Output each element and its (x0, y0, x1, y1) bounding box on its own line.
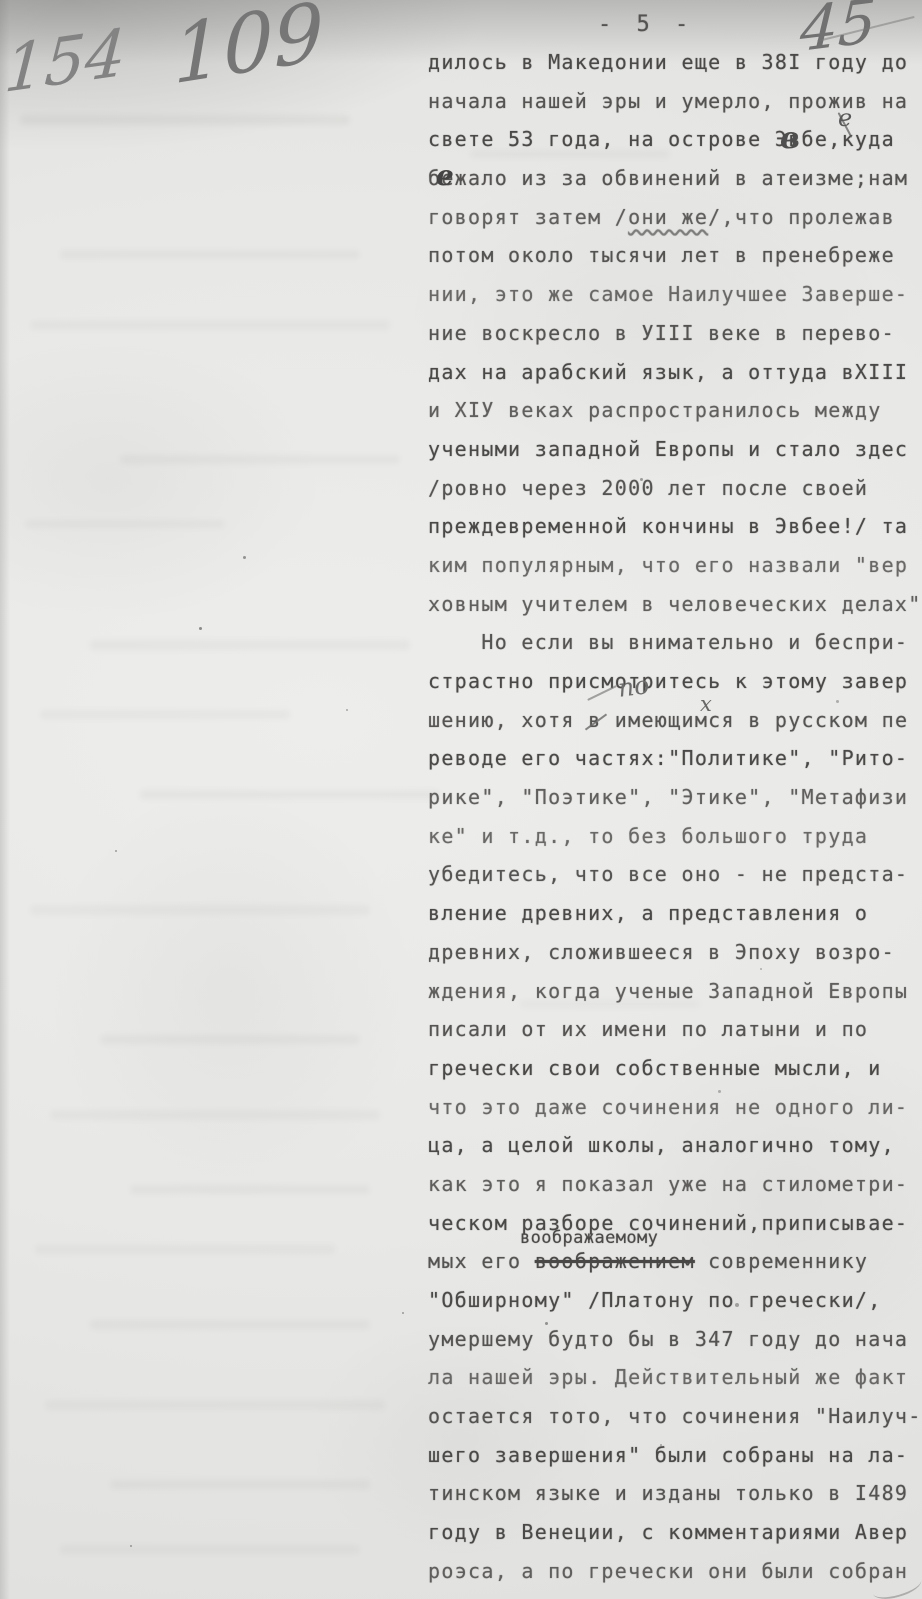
ink-speck (199, 627, 202, 630)
bleed-through-smudge (60, 250, 360, 259)
bleed-through-smudge (45, 1400, 385, 1410)
scan-shadow-left-edge (0, 0, 10, 1599)
text-segment: мых его (428, 1249, 535, 1273)
typed-line: ждения, когда ученые Западной Европы (428, 979, 922, 1018)
typed-line: и ХIУ веках распространилось между (428, 398, 922, 437)
hand-crossed-letter: в (588, 708, 601, 732)
typed-line: преждевременной кончины в Эвбее!/ та (428, 514, 922, 553)
typed-line: рике", "Поэтике", "Этике", "Метафизи (428, 785, 922, 824)
typed-line: нии, это же самое Наилучшее Заверше- (428, 282, 922, 321)
text-segment: /,что пролежав (708, 205, 895, 229)
typed-line: ховным учителем в человеческих делах" (428, 592, 922, 631)
typed-line: ца, а целой школы, аналогично тому, (428, 1133, 922, 1172)
interline-typed-correction: воображаемому (520, 1228, 658, 1248)
ink-speck (115, 850, 117, 852)
bleed-through-smudge (100, 1035, 360, 1044)
typed-line: древних, сложившееся в Эпоху возро- (428, 940, 922, 979)
typed-line: ние воскресло в УIII веке в перево- (428, 321, 922, 360)
ink-speck (402, 1312, 404, 1314)
typed-line: дилось в Македонии еще в 38I году до (428, 50, 922, 89)
typed-line: что это даже сочинения не одного ли- (428, 1095, 922, 1134)
typed-line: дах на арабский язык, а оттуда вXIII (428, 360, 922, 399)
typed-line: ке" и т.д., то без большого труда (428, 824, 922, 863)
typed-line: Но если вы внимательно и беспри- (428, 630, 922, 669)
typed-line: ла нашей эры. Действительный же факт (428, 1365, 922, 1404)
typed-line: роэса, а по гречески они были собран (428, 1559, 922, 1598)
scanned-typescript-page: - 5 - 154 109 45 дилось в Македонии еще … (0, 0, 922, 1599)
typed-line: остается тото, что сочинения "Наилуч- (428, 1404, 922, 1443)
typed-line: реводе его частях:"Политике", "Рито- (428, 746, 922, 785)
handwritten-po-insertion: по (617, 672, 651, 701)
typed-line: умершему будто бы в 347 году до нача (428, 1327, 922, 1366)
handwritten-letter-ve-correction: в (780, 124, 800, 154)
text-segment: говорят затем / (428, 205, 628, 229)
text-segment: имеющимся в русском пе (601, 708, 908, 732)
handwritten-number-left: 154 (2, 21, 128, 103)
bleed-through-smudge (120, 455, 400, 464)
typed-line: убедитесь, что все оно - не предста- (428, 862, 922, 901)
typed-text-column: дилось в Македонии еще в 38I году донача… (428, 50, 922, 1598)
bleed-through-smudge (40, 710, 290, 719)
typed-line: страстно присмотритесь к этому завер (428, 669, 922, 708)
bleed-through-smudge (110, 1480, 370, 1489)
bleed-through-smudge (30, 320, 390, 330)
typed-line: как это я показал уже на стилометри- (428, 1172, 922, 1211)
handwritten-kh-correction: х (700, 694, 712, 715)
handwritten-letter-ye-overwrite: е (436, 162, 454, 190)
typed-line: говорят затем /они же/,что пролежав (428, 205, 922, 244)
bleed-through-smudge (50, 1110, 380, 1120)
typed-line: мых его воображением современнику (428, 1249, 922, 1288)
typed-line: году в Венеции, с комментариями Авер (428, 1520, 922, 1559)
struck-through-word: воображением (535, 1249, 695, 1273)
typed-line: тинском языке и изданы только в I489 (428, 1481, 922, 1520)
underlined-phrase: они же (628, 205, 708, 229)
typed-line: учеными западной Европы и стало здес (428, 437, 922, 476)
bleed-through-smudge (60, 1545, 360, 1554)
typed-line: потом около тысячи лет в пренебреже (428, 243, 922, 282)
typed-line: ким популярным, что его назвали "вер (428, 553, 922, 592)
typed-line: шению, хотя в имеющимся в русском пе (428, 708, 922, 747)
typed-line: ческом разборе сочинений,приписывае- (428, 1211, 922, 1250)
typed-line: бежало из за обвинений в атеизме;нам (428, 166, 922, 205)
typed-line: "Обширному" /Платону по гречески/, (428, 1288, 922, 1327)
bleed-through-smudge (90, 1320, 370, 1329)
typed-line: вление древних, а представления о (428, 901, 922, 940)
typed-line: писали от их имени по латыни и по (428, 1017, 922, 1056)
typed-line: гречески свои собственные мысли, и (428, 1056, 922, 1095)
page-number: - 5 - (598, 12, 694, 37)
ink-speck (243, 556, 246, 559)
ink-speck (346, 709, 348, 711)
bleed-through-smudge (140, 790, 440, 799)
ink-speck (130, 1545, 132, 1547)
bleed-through-smudge (130, 1185, 370, 1194)
typed-line: шего завершения" были собраны на ла- (428, 1443, 922, 1482)
bleed-through-smudge (35, 1245, 335, 1254)
bleed-through-smudge (25, 520, 225, 528)
bleed-through-smudge (90, 640, 410, 650)
typed-line: /ровно через 2000 лет после своей (428, 476, 922, 515)
bleed-through-smudge (30, 905, 370, 915)
text-segment: шению, хотя (428, 708, 588, 732)
text-segment: современнику (695, 1249, 868, 1273)
handwritten-number-center: 109 (172, 0, 324, 96)
